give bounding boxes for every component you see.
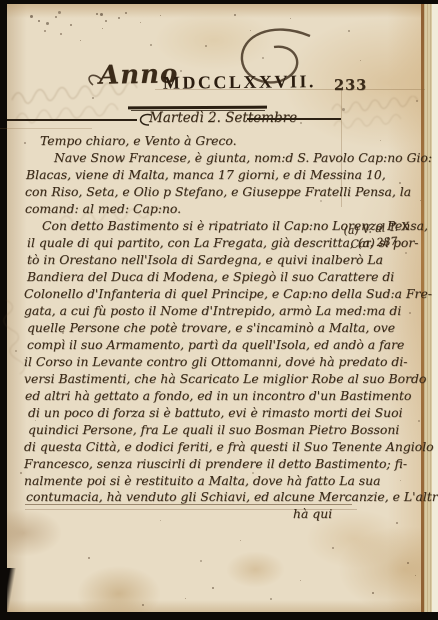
entry-end-rule [25, 504, 352, 505]
date-rule-left [7, 119, 137, 121]
manuscript-line: di un poco di forza si è battuto, evi è … [28, 405, 403, 420]
bleed-through-writing [330, 96, 425, 136]
manuscript-line: quelle Persone che potè trovare, e s'inc… [27, 320, 395, 335]
manuscript-line: con Riso, Seta, e Olio p Stefano, e Gius… [25, 184, 411, 199]
manuscript-line: Blacas, viene di Malta, manca 17 giorni,… [26, 167, 386, 182]
page-number: 233 [334, 77, 367, 94]
manuscript-scan: Anno MDCCLXXVII. 233 Martedì 2. Settembr… [0, 0, 438, 620]
catchword: hà qui [293, 506, 332, 521]
manuscript-line: ed altri hà gettato a fondo, ed in un in… [25, 388, 411, 403]
header-year-roman: MDCCLXXVII. [163, 71, 316, 94]
manuscript-line: di questa Città, e dodici feriti, e frà … [24, 439, 434, 454]
manuscript-line: contumacia, hà venduto gli Schiavi, ed a… [26, 489, 438, 504]
manuscript-line: quindici Persone, fra Le quali il suo Bo… [28, 422, 399, 437]
margin-note: (a) V. al T. X Car. 287 [343, 220, 411, 253]
manuscript-line: il Corso in Levante contro gli Ottomanni… [24, 354, 407, 369]
book-page-edges [424, 4, 432, 612]
ruling-line [0, 128, 92, 129]
manuscript-line: Francesco, senza riuscirli di prendere i… [24, 456, 407, 471]
manuscript-line: Tempo chiaro, e Vento à Greco. [40, 133, 237, 148]
scan-corner-shadow [0, 568, 18, 614]
date-rule-right [247, 118, 341, 120]
manuscript-line: tò in Orestano nell'Isola di Sardegna, e… [27, 252, 383, 267]
manuscript-line: Colonello d'Infanteria di quel Principe,… [24, 286, 432, 301]
manuscript-line: comand: al med: Cap:no. [25, 201, 181, 216]
manuscript-line: Bandiera del Duca di Modena, e Spiegò il… [27, 269, 394, 284]
manuscript-line: gata, a cui fù posto il Nome d'Intrepido… [24, 303, 401, 318]
scan-margin [432, 4, 438, 612]
ink-spots [0, 0, 3, 3]
manuscript-line: versi Bastimenti, che hà Scaricato Le mi… [24, 371, 426, 386]
manuscript-line: compì il suo Armamento, partì da quell'I… [27, 337, 404, 352]
manuscript-line: nalmente poi si è restituito a Malta, do… [24, 473, 381, 488]
manuscript-line: Nave Snow Francese, è giunta, nom:d S. P… [54, 150, 432, 165]
